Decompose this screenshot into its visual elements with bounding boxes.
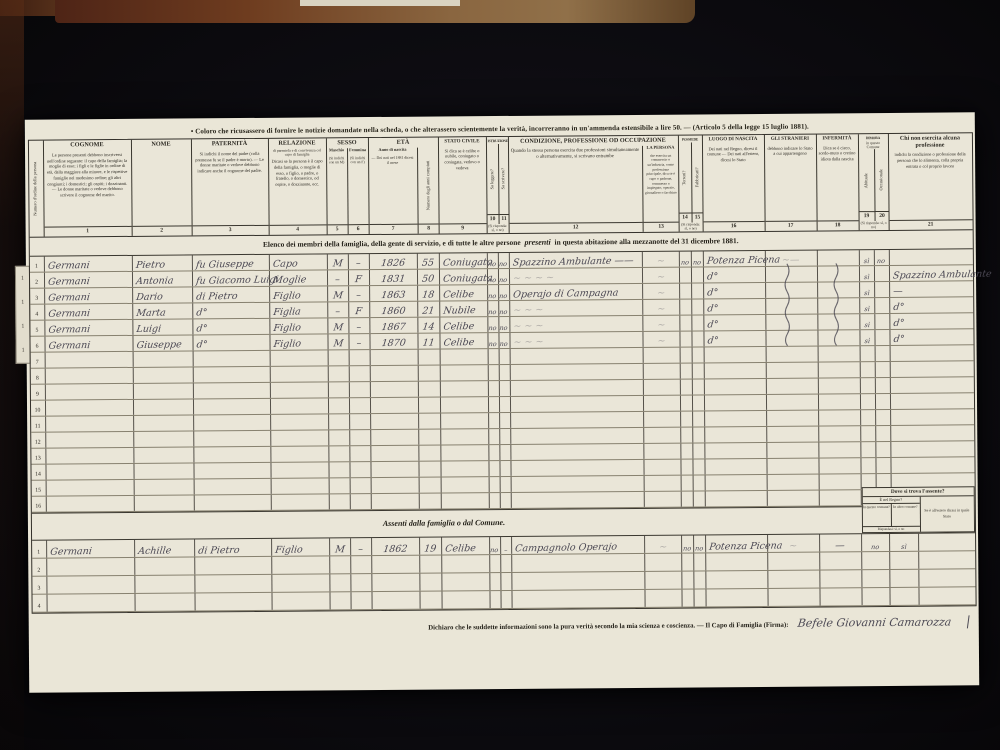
cell-stran [766, 299, 818, 314]
cell-pers [644, 492, 681, 507]
cell-p [193, 399, 270, 415]
cell-f [350, 494, 371, 509]
cell-occ [875, 362, 890, 377]
cell-c: Germani [45, 336, 133, 352]
cell-l: no [487, 253, 498, 268]
cell-inf [818, 298, 860, 313]
col-header-stranieri: GLI STRANIERI debbono indicare lo Stato … [764, 135, 817, 231]
handwritten-entry: Celibe [442, 290, 474, 300]
cell-prof: ~ ~ ~ [510, 332, 643, 348]
cell-c [46, 496, 134, 512]
cell-m [330, 574, 351, 591]
cell-eta: 21 [418, 301, 440, 316]
handwritten-entry: no [499, 308, 508, 315]
cell-stran [766, 331, 818, 346]
cell-t [681, 444, 693, 459]
cell-chi [890, 377, 973, 393]
cell-inf [820, 570, 862, 587]
cell-prof [512, 554, 645, 572]
cell-stran [767, 427, 819, 442]
cell-nm [134, 431, 194, 446]
cell-pers [643, 396, 680, 411]
cell-luogo [705, 491, 767, 506]
cell-pers [644, 412, 681, 427]
cell-nm [133, 399, 193, 414]
cell-ab [861, 442, 876, 457]
cell-estero [919, 587, 975, 604]
handwritten-entry: no [499, 260, 508, 267]
cell-fb [693, 459, 705, 474]
cell-sc [441, 493, 489, 508]
cell-fb: no [694, 535, 706, 552]
cell-prof [511, 476, 644, 492]
handwritten-entry: ~ ~ ~ [512, 305, 543, 315]
cell-chi [891, 441, 974, 457]
cell-inf [819, 458, 861, 473]
dove-col-questo: In questo comune? [862, 504, 890, 526]
cell-p: fu Giacomo Luigi [192, 271, 269, 287]
cell-stran [766, 395, 818, 410]
handwritten-entry: no [683, 545, 692, 552]
handwritten-entry: d° [892, 318, 904, 328]
cell-anno: 1863 [370, 286, 418, 301]
cell-altro [890, 552, 919, 569]
cell-eta [420, 573, 442, 590]
row-number: 3 [37, 586, 40, 592]
cell-t [680, 316, 692, 331]
cell-f: – [349, 286, 370, 301]
cell-n: 1 [29, 257, 44, 272]
handwritten-entry: M [332, 259, 343, 269]
cell-t [682, 553, 694, 570]
cell-s: no [499, 317, 510, 332]
cell-f [350, 430, 371, 445]
cell-s [500, 445, 511, 460]
row-number: 2 [37, 568, 40, 574]
cell-inf [817, 250, 859, 265]
cell-ab: sì [859, 266, 874, 281]
cell-anno: 1870 [370, 334, 418, 349]
cell-fb [692, 283, 704, 298]
cell-luogo [705, 427, 767, 442]
cell-inf [819, 490, 861, 505]
cell-inf: — [820, 534, 862, 551]
absent-rows: 1GermaniAchilledi PietroFiglioM–186219Ce… [32, 533, 976, 612]
cell-anno [370, 398, 418, 413]
cell-f: F [349, 302, 370, 317]
cell-t [680, 396, 692, 411]
cell-sc: Celibe [442, 537, 490, 554]
cell-fb [692, 379, 704, 394]
cell-eta [420, 555, 442, 572]
cell-f [350, 446, 371, 461]
cell-r: Capo [269, 254, 327, 269]
handwritten-entry: no [488, 324, 497, 331]
cell-m [329, 494, 350, 509]
cell-s: no [499, 333, 510, 348]
cell-anno: 1826 [369, 254, 417, 269]
declaration-line: Dichiaro che le suddette informazioni so… [29, 615, 979, 635]
cell-pers [645, 590, 682, 607]
cell-stran [765, 267, 817, 282]
handwritten-entry: 1831 [380, 274, 405, 284]
cell-p: d° [193, 319, 270, 335]
row-number: 10 [35, 408, 41, 414]
handwritten-entry: d° [892, 334, 904, 344]
handwritten-entry: sì [901, 543, 907, 550]
cell-questo [862, 570, 890, 587]
cell-nm: Giuseppe [133, 335, 193, 350]
cell-prof: Campagnolo Operajo [512, 536, 645, 554]
cell-prof [511, 444, 644, 460]
handwritten-entry: ~ [656, 288, 665, 298]
cell-inf [819, 426, 861, 441]
handwritten-entry: sì [864, 338, 870, 345]
cell-nm [135, 575, 195, 592]
cell-s: – [501, 537, 512, 554]
handwritten-entry: di Pietro [197, 545, 239, 555]
cell-sc [440, 381, 488, 396]
table-header: Numero d'ordine della persona COGNOME Le… [28, 133, 972, 237]
cell-occ [875, 346, 890, 361]
row-number: 1 [35, 264, 38, 270]
cell-p: d° [193, 335, 270, 351]
cell-r [271, 494, 329, 509]
cell-l: no [490, 537, 501, 554]
cell-f: – [351, 538, 372, 555]
row-number: 16 [35, 504, 41, 510]
cell-fb [692, 395, 704, 410]
handwritten-entry: F [355, 275, 363, 285]
handwritten-entry: 1870 [381, 338, 406, 348]
cell-ab [860, 378, 875, 393]
row-number: 14 [35, 472, 41, 478]
col-header-relazione: RELAZIONE di parentela e di convivenza c… [268, 138, 327, 234]
handwritten-entry: 21 [422, 306, 435, 316]
cell-p: di Pietro [195, 539, 272, 557]
cell-sc [442, 555, 490, 572]
cell-ab [861, 410, 876, 425]
cell-c [46, 448, 134, 464]
cell-fb [692, 363, 704, 378]
cell-prof [512, 590, 645, 608]
cell-ab: sì [860, 314, 875, 329]
cell-luogo [705, 411, 767, 426]
cell-estero [919, 533, 975, 550]
cell-f: – [348, 254, 369, 269]
cell-n: 14 [31, 465, 46, 480]
handwritten-entry: no [499, 276, 508, 283]
cell-l: no [488, 285, 499, 300]
cell-stran [767, 443, 819, 458]
cell-nm: Antonia [132, 271, 192, 286]
cell-r: Figlio [272, 538, 330, 555]
cell-t [682, 571, 694, 588]
cell-anno [372, 556, 420, 573]
cell-nm [135, 557, 195, 574]
cell-l: no [488, 333, 499, 348]
cell-m [329, 478, 350, 493]
cell-stran [766, 363, 818, 378]
cell-sc: Coniugato [439, 253, 487, 268]
handwritten-entry: no [499, 324, 508, 331]
cell-pers: ~ [643, 284, 680, 299]
cell-nm: Luigi [133, 319, 193, 334]
cell-anno [371, 494, 419, 509]
cell-eta [420, 591, 442, 608]
cell-luogo [706, 589, 768, 606]
cell-luogo [705, 443, 767, 458]
cell-anno [371, 462, 419, 477]
cell-ab [860, 346, 875, 361]
cell-nm [134, 463, 194, 478]
cell-c [47, 558, 135, 576]
census-sheet: 1111 • Coloro che ricusassero di fornire… [25, 112, 979, 692]
cell-c: Germani [45, 288, 133, 304]
cell-p [193, 351, 270, 367]
cell-chi: Spazzino Ambulante [889, 265, 972, 281]
cell-luogo: d° [704, 315, 766, 330]
cell-n: 10 [30, 401, 45, 416]
cell-m [329, 462, 350, 477]
cell-l [488, 365, 499, 380]
handwritten-entry: Germani [47, 293, 90, 303]
cell-ab [860, 362, 875, 377]
cell-t [680, 284, 692, 299]
cell-r [271, 414, 329, 429]
cell-p [194, 463, 271, 479]
dove-col-estero: Se è all'estero dicasi in quale Stato [920, 496, 973, 531]
row-number: 11 [35, 424, 41, 430]
cell-r [271, 446, 329, 461]
handwritten-entry: Spazzino Ambulante —— [512, 256, 634, 268]
cell-estero [919, 569, 975, 586]
cell-pers: ~ [643, 316, 680, 331]
cell-l [490, 573, 501, 590]
handwritten-entry: 1860 [381, 306, 406, 316]
handwritten-entry: 1867 [381, 322, 406, 332]
cell-l: no [488, 301, 499, 316]
cell-altro [890, 570, 919, 587]
cell-pers [645, 554, 682, 571]
cell-anno: 1831 [369, 270, 417, 285]
handwritten-entry: d° [706, 336, 718, 346]
cell-fb [693, 427, 705, 442]
handwritten-entry: Germani [47, 277, 90, 287]
cell-pers: ~ [642, 252, 679, 267]
cell-prof: ~ ~ ~ [510, 300, 643, 316]
cell-s [501, 591, 512, 608]
cell-inf [818, 378, 860, 393]
cell-fb [693, 411, 705, 426]
cell-t: no [679, 252, 691, 267]
cell-luogo: d° [704, 331, 766, 346]
cell-pers [643, 348, 680, 363]
cell-f [349, 398, 370, 413]
cell-s [500, 477, 511, 492]
cell-n: 9 [30, 385, 45, 400]
cell-t [679, 268, 691, 283]
cell-sc [440, 365, 488, 380]
cell-l [489, 429, 500, 444]
handwritten-entry: Pietro [135, 260, 165, 270]
cell-l [489, 461, 500, 476]
cell-fb [694, 589, 706, 606]
cell-l [489, 445, 500, 460]
handwritten-entry: no [499, 292, 508, 299]
cell-eta [418, 365, 440, 380]
cell-n: 16 [31, 497, 46, 512]
cell-m [329, 414, 350, 429]
handwritten-entry: Celibe [442, 338, 474, 348]
cell-prof: ~ ~ ~ ~ [509, 268, 642, 284]
cell-l: no [488, 317, 499, 332]
cell-c [45, 400, 133, 416]
cell-stran [768, 589, 820, 606]
edge-tab-mark: 1 [22, 348, 25, 354]
cell-r [272, 556, 330, 573]
cell-p: fu Giuseppe [192, 255, 269, 271]
cell-n: 13 [31, 449, 46, 464]
handwritten-entry: M [333, 339, 344, 349]
cell-nm: Dario [133, 287, 193, 302]
cell-c: Germani [45, 320, 133, 336]
cell-fb [692, 331, 704, 346]
cell-fb [692, 315, 704, 330]
cell-t [680, 300, 692, 315]
cell-fb [692, 347, 704, 362]
cell-n: 2 [32, 559, 47, 576]
cell-sc [442, 573, 490, 590]
cell-ab: sì [860, 298, 875, 313]
cell-sc [440, 397, 488, 412]
handwritten-entry: – [358, 545, 364, 555]
handwritten-entry: ~ ~ ~ [512, 337, 543, 347]
handwritten-entry: d° [706, 272, 718, 282]
cell-nm [133, 383, 193, 398]
cell-occ [874, 266, 889, 281]
cell-c: Germani [44, 272, 132, 288]
cell-stran [767, 411, 819, 426]
cell-stran [766, 379, 818, 394]
handwritten-entry: M [334, 545, 345, 555]
handwritten-entry: Potenza Picena [708, 541, 782, 552]
cell-chi: d° [890, 313, 973, 329]
cell-s: no [498, 269, 509, 284]
cell-anno: 1862 [372, 538, 420, 555]
cell-s [499, 381, 510, 396]
cell-p [194, 447, 271, 463]
cell-luogo: d° [703, 267, 765, 282]
cell-sc: Nubile [440, 301, 488, 316]
cell-n: 4 [32, 595, 47, 612]
cell-eta: 50 [417, 269, 439, 284]
cell-stran [767, 491, 819, 506]
cell-m [329, 430, 350, 445]
cell-l [490, 555, 501, 572]
cell-eta [418, 381, 440, 396]
cell-inf [818, 346, 860, 361]
cell-altro [890, 588, 919, 605]
cell-m [329, 446, 350, 461]
handwritten-entry: Marta [135, 308, 166, 318]
cell-c [46, 480, 134, 496]
handwritten-entry: d° [195, 324, 207, 334]
handwritten-entry: ~ [656, 272, 665, 282]
cell-l [488, 397, 499, 412]
cell-r [271, 478, 329, 493]
handwritten-entry: Figlio [274, 545, 303, 555]
cell-f: F [348, 270, 369, 285]
handwritten-entry: Coniugato [442, 257, 493, 267]
col-header-possiede: POSSIEDE Terreni? 14 Fabbricati? 15 (Si … [678, 135, 703, 231]
handwritten-entry: Spazzino Ambulante [892, 269, 992, 280]
cell-t [680, 332, 692, 347]
edge-tab-mark: 1 [21, 324, 24, 330]
handwritten-entry: no [695, 545, 704, 552]
cell-prof [511, 428, 644, 444]
handwritten-entry: ~ [656, 304, 665, 314]
cell-t [681, 492, 693, 507]
handwritten-entry: ~ [658, 542, 667, 552]
handwritten-entry: Germani [49, 547, 92, 557]
row-number: 4 [35, 312, 38, 318]
col-header-infermita: INFERMITÀ Dica se è cieco, sordo-muto o … [816, 134, 859, 230]
handwritten-entry: Germani [47, 261, 90, 271]
cell-luogo [705, 475, 767, 490]
cell-p: di Pietro [193, 287, 270, 303]
cell-inf [819, 442, 861, 457]
cell-m: M [328, 318, 349, 333]
cell-ab [861, 426, 876, 441]
cell-stran [766, 315, 818, 330]
cell-chi: d° [890, 329, 973, 345]
cell-anno [372, 574, 420, 591]
cell-m [328, 350, 349, 365]
handwritten-entry: sì [863, 258, 869, 265]
cell-s: no [498, 253, 509, 268]
cell-occ [875, 282, 890, 297]
handwritten-entry: d° [706, 304, 718, 314]
cell-sc [440, 349, 488, 364]
absent-location-box: Dove si trova l'assente? È nel Regno? In… [861, 486, 974, 533]
cell-p [195, 593, 272, 611]
cell-prof [511, 460, 644, 476]
cell-eta: 14 [418, 317, 440, 332]
cell-p [194, 431, 271, 447]
handwritten-entry: M [332, 291, 343, 301]
cell-inf [818, 330, 860, 345]
cell-r [272, 574, 330, 591]
cell-sc: Celibe [440, 285, 488, 300]
cell-p [193, 383, 270, 399]
cell-eta [419, 477, 441, 492]
col-header-dimora: DIMORA in questo Comune Abituale 19 Occa… [858, 134, 889, 230]
cell-inf [820, 588, 862, 605]
cell-r: Figlia [270, 302, 328, 317]
col-header-chi-non-esercita: Chi non esercita alcuna professione indi… [888, 133, 972, 230]
cell-pers [644, 444, 681, 459]
cell-inf [819, 474, 861, 489]
cell-chi [890, 393, 973, 409]
handwritten-entry: ~— [782, 255, 801, 265]
cell-inf [818, 394, 860, 409]
handwritten-entry: d° [706, 288, 718, 298]
col-header-cognome: COGNOME Le persone presenti debbono insc… [43, 140, 132, 237]
cell-pers [644, 476, 681, 491]
handwritten-entry: sì [864, 306, 870, 313]
row-number: 7 [36, 360, 39, 366]
